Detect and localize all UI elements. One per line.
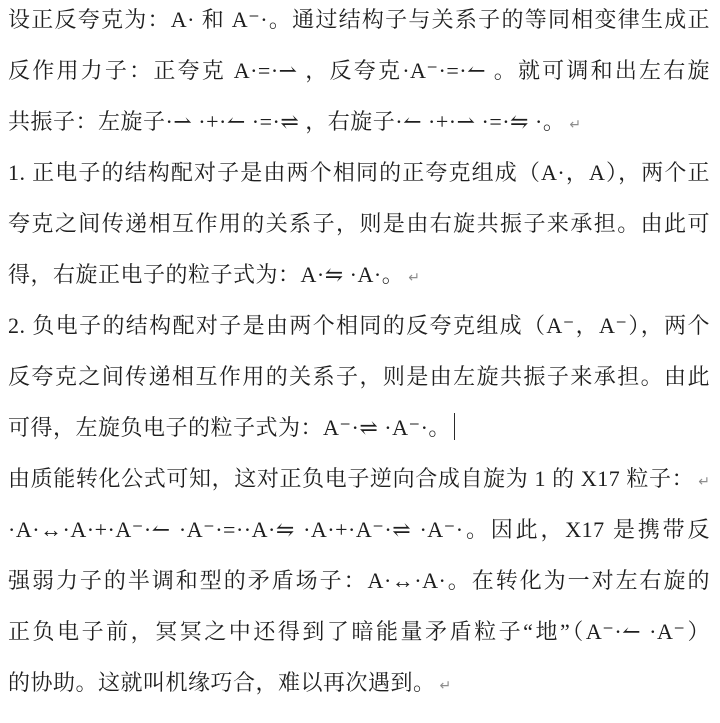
paragraph-mark-icon: ↵ [569,117,581,133]
line-text: 设正反夸克为：A· 和 A⁻·。通过结构子与关系子的等同相变律生成正 [8,7,710,32]
text-line-10[interactable]: 由质能转化公式可知，这对正负电子逆向合成自旋为 1 的 X17 粒子：↵ [8,453,710,504]
line-text: 反夸克之间传递相互作用的关系子，则是由左旋共振子来承担。由此 [8,364,710,389]
text-line-12[interactable]: 强弱力子的半调和型的矛盾场子：A·↔·A·。在转化为一对左右旋的 [8,555,710,606]
line-text: 的协助。这就叫机缘巧合，难以再次遇到。 [8,670,436,695]
paragraph-mark-icon: ↵ [440,678,452,694]
line-text: 可得，左旋负电子的粒子式为：A⁻·⇌ ·A⁻·。 [8,415,451,440]
text-cursor-caret [454,413,456,440]
line-text: 得，右旋正电子的粒子式为：A·⇋ ·A·。 [8,262,404,287]
line-text: ·A·↔·A·+·A⁻·↼ ·A⁻·=··A·⇋ ·A·+·A⁻·⇌ ·A⁻·。… [8,517,710,542]
paragraph-mark-icon: ↵ [698,474,710,490]
text-line-13[interactable]: 正负电子前，冥冥之中还得到了暗能量矛盾粒子“地”（A⁻·↼ ·A⁻） [8,606,710,657]
text-line-2[interactable]: 反作用力子：正夸克 A·=·⇀ ，反夸克·A⁻·=·↼ 。就可调和出左右旋 [8,45,710,96]
text-line-4[interactable]: 1. 正电子的结构配对子是由两个相同的正夸克组成（A·，A），两个正 [8,147,710,198]
text-line-8[interactable]: 反夸克之间传递相互作用的关系子，则是由左旋共振子来承担。由此 [8,351,710,402]
line-text: 正负电子前，冥冥之中还得到了暗能量矛盾粒子“地”（A⁻·↼ ·A⁻） [8,619,710,644]
line-text: 2. 负电子的结构配对子是由两个相同的反夸克组成（A⁻，A⁻），两个 [8,313,710,338]
line-text: 反作用力子：正夸克 A·=·⇀ ，反夸克·A⁻·=·↼ 。就可调和出左右旋 [8,58,710,83]
line-text: 由质能转化公式可知，这对正负电子逆向合成自旋为 1 的 X17 粒子： [8,466,694,491]
text-line-7[interactable]: 2. 负电子的结构配对子是由两个相同的反夸克组成（A⁻，A⁻），两个 [8,300,710,351]
text-line-11[interactable]: ·A·↔·A·+·A⁻·↼ ·A⁻·=··A·⇋ ·A·+·A⁻·⇌ ·A⁻·。… [8,504,710,555]
document-page[interactable]: 设正反夸克为：A· 和 A⁻·。通过结构子与关系子的等同相变律生成正 反作用力子… [0,0,720,708]
text-line-6[interactable]: 得，右旋正电子的粒子式为：A·⇋ ·A·。↵ [8,249,710,300]
line-text: 夸克之间传递相互作用的关系子，则是由右旋共振子来承担。由此可 [8,211,710,236]
text-line-9[interactable]: 可得，左旋负电子的粒子式为：A⁻·⇌ ·A⁻·。 [8,402,710,453]
text-line-5[interactable]: 夸克之间传递相互作用的关系子，则是由右旋共振子来承担。由此可 [8,198,710,249]
line-text: 强弱力子的半调和型的矛盾场子：A·↔·A·。在转化为一对左右旋的 [8,568,710,593]
line-text: 1. 正电子的结构配对子是由两个相同的正夸克组成（A·，A），两个正 [8,160,710,185]
text-line-1[interactable]: 设正反夸克为：A· 和 A⁻·。通过结构子与关系子的等同相变律生成正 [8,0,710,45]
text-line-3[interactable]: 共振子：左旋子·⇀ ·+·↼ ·=·⇌ ，右旋子·↼ ·+·⇀ ·=·⇋ ·。↵ [8,96,710,147]
text-line-14[interactable]: 的协助。这就叫机缘巧合，难以再次遇到。↵ [8,657,710,708]
line-text: 共振子：左旋子·⇀ ·+·↼ ·=·⇌ ，右旋子·↼ ·+·⇀ ·=·⇋ ·。 [8,109,565,134]
paragraph-mark-icon: ↵ [408,270,420,286]
